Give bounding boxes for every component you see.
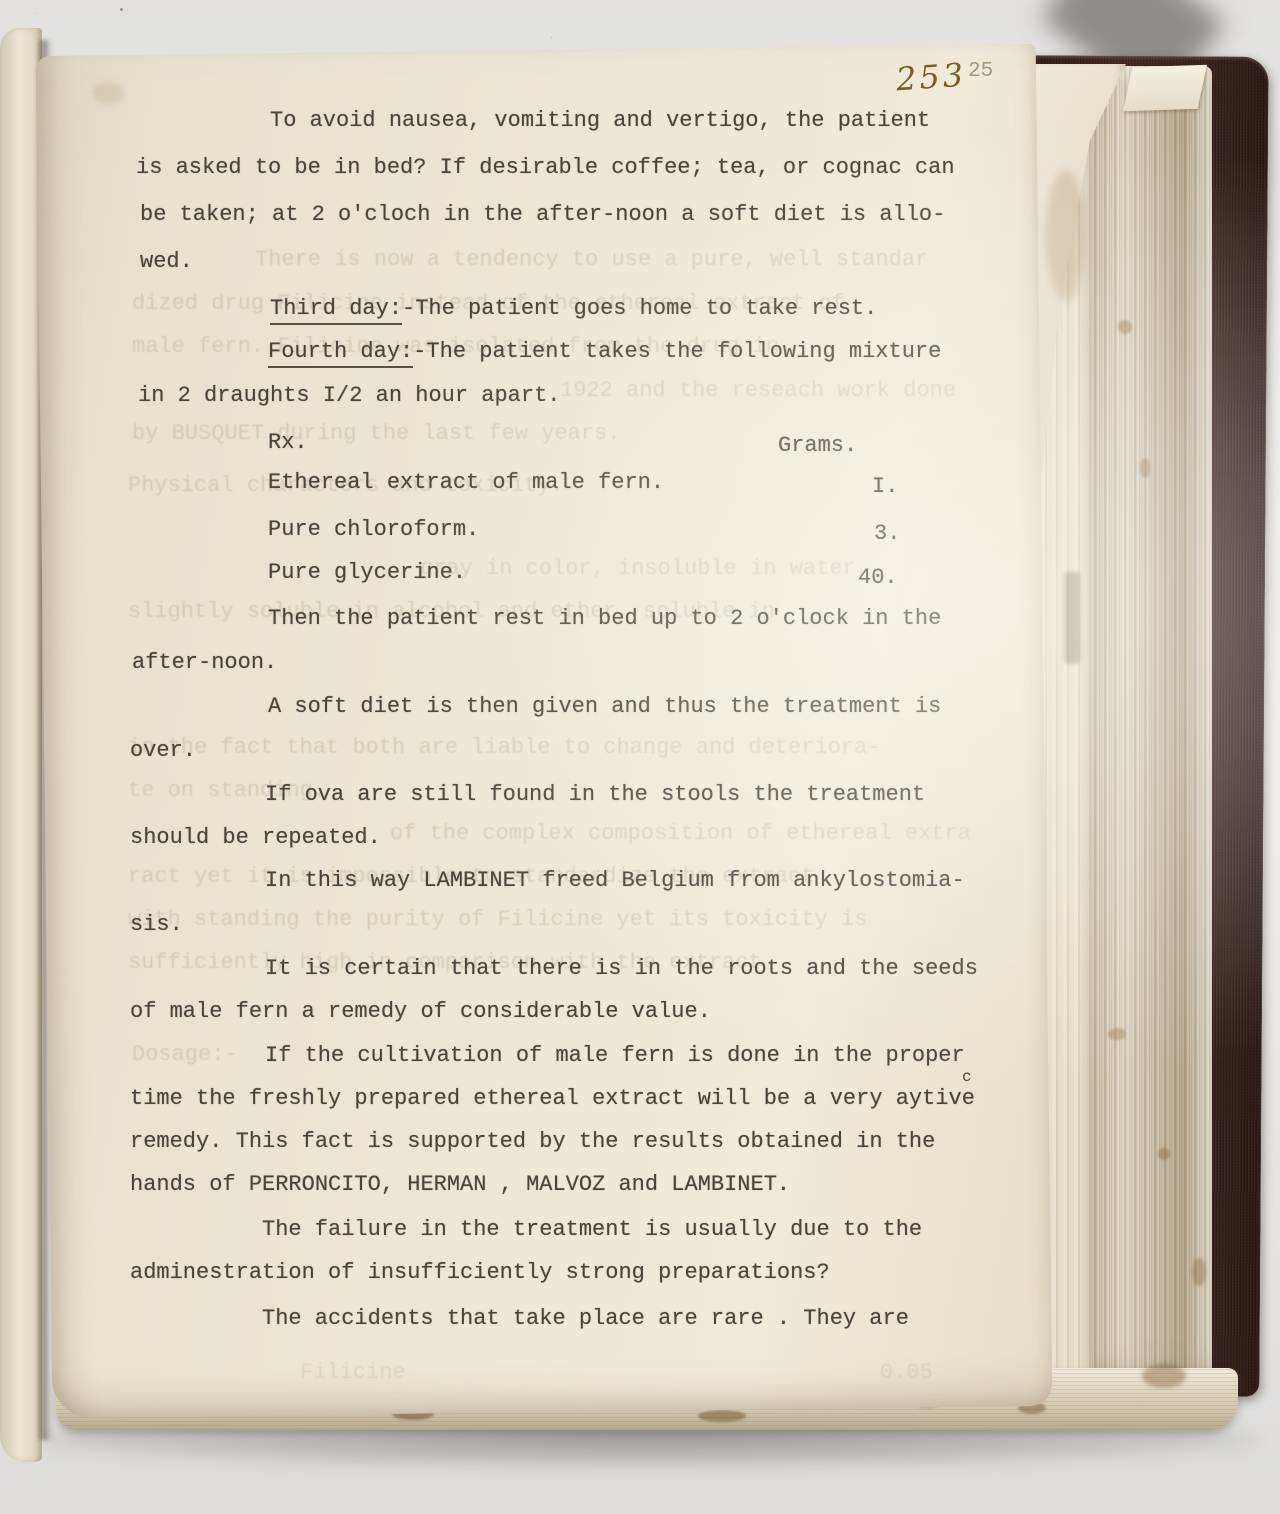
body-line: To avoid nausea, vomiting and vertigo, t… [270, 108, 930, 134]
ghost-text-line: 0.05 [880, 1360, 933, 1386]
body-line: time the freshly prepared ethereal extra… [130, 1086, 975, 1112]
body-line: remedy. This fact is supported by the re… [130, 1129, 935, 1155]
body-line: wed. [140, 249, 193, 275]
body-line: sis. [130, 912, 183, 938]
prescription-item-qty: 3. [874, 521, 900, 547]
body-line: The accidents that take place are rare .… [262, 1306, 909, 1332]
typed-correction-letter: c [962, 1068, 972, 1086]
body-line: adminestration of insufficiently strong … [130, 1260, 830, 1286]
body-line: A soft diet is then given and thus the t… [268, 694, 941, 720]
body-line: be taken; at 2 o'cloch in the after-noon… [140, 202, 945, 228]
third-day-heading: Third day: [270, 296, 402, 325]
ghost-text-line: gray in color, insoluble in water, [420, 556, 869, 582]
body-line: should be repeated. [130, 825, 381, 851]
body-line: If ova are still found in the stools the… [265, 782, 925, 808]
prescription-item-name: Ethereal extract of male fern. [268, 470, 664, 496]
body-line: in 2 draughts I/2 an hour apart. [138, 383, 560, 409]
prescription-item-name: Pure chloroform. [268, 517, 479, 543]
body-line-fourth-day: Fourth day:-The patient takes the follow… [268, 339, 941, 365]
prescription-item-qty: I. [872, 474, 898, 500]
rx-label: Rx. [268, 430, 308, 456]
fourth-day-heading: Fourth day: [268, 339, 413, 368]
body-line: over. [130, 738, 196, 764]
body-line: In this way LAMBINET freed Belgium from … [265, 868, 965, 894]
body-line: after-noon. [132, 650, 277, 676]
ghost-text-line: with standing the purity of Filicine yet… [128, 907, 867, 933]
body-line: hands of PERRONCITO, HERMAN , MALVOZ and… [130, 1172, 790, 1198]
typed-page-number: 25 [968, 60, 993, 83]
prescription-item-qty: 40. [858, 565, 898, 591]
page-content: There is now a tendency to use a pure, w… [0, 0, 1280, 1514]
grams-header: Grams. [778, 433, 857, 459]
body-line: It is certain that there is in the roots… [265, 956, 978, 982]
body-line: is asked to be in bed? If desirable coff… [136, 155, 955, 181]
fourth-day-text: -The patient takes the following mixture [413, 339, 941, 364]
body-line: of male fern a remedy of considerable va… [130, 999, 711, 1025]
ghost-text-line: There is now a tendency to use a pure, w… [255, 247, 928, 273]
ghost-text-line: Filicine [300, 1360, 406, 1386]
body-line: If the cultivation of male fern is done … [265, 1043, 965, 1069]
third-day-text: -The patient goes home to take rest. [402, 296, 877, 321]
ghost-text-line: of the complex composition of ethereal e… [390, 821, 971, 847]
ghost-text-line: 1922 and the reseach work done [560, 378, 956, 404]
body-line: Then the patient rest in bed up to 2 o'c… [268, 606, 941, 632]
prescription-item-name: Pure glycerine. [268, 560, 466, 586]
ghost-text-line: by BUSQUET during the last few years. [132, 421, 620, 447]
handwritten-page-number: 253 [895, 56, 968, 99]
ghost-text-line: in the fact that both are liable to chan… [128, 735, 881, 761]
photo-scene: There is now a tendency to use a pure, w… [0, 0, 1280, 1514]
body-line-third-day: Third day:-The patient goes home to take… [270, 296, 877, 322]
body-line: The failure in the treatment is usually … [262, 1217, 922, 1243]
ghost-text-line: Dosage:- [132, 1042, 238, 1068]
